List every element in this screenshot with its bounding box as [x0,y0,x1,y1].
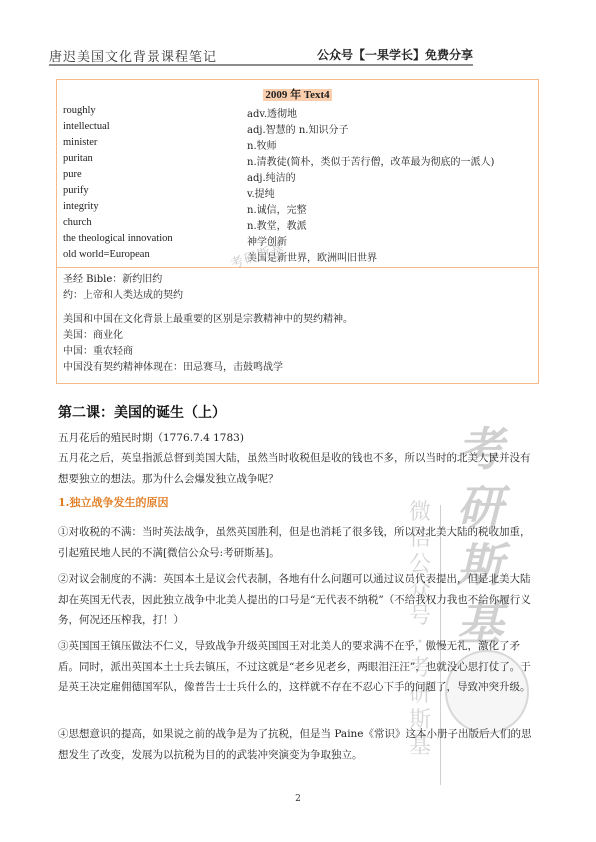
vocab-word: minister [63,137,97,148]
point-paragraph: ④思想意识的提高，如果说之前的战争是为了抗税，但是当 Paine《常识》这本小册… [58,724,540,765]
section-title: 1.独立战争发生的原因 [58,494,168,510]
vocab-definition: n.教堂，教派 [247,217,307,232]
vocab-row: puritann.清教徒(简朴，类似于苦行僧，改革最为彻底的一派人) [63,152,533,168]
page-header: 唐迟美国文化背景课程笔记 公众号【一果学长】免费分享 [49,40,473,66]
vocab-definition: adv.透彻地 [247,105,297,120]
lesson-title: 第二课：美国的诞生（上） [58,402,226,422]
vocab-word: pure [63,169,82,180]
vocab-word: puritan [63,153,93,164]
vocab-row: integrityn.诚信，完整 [63,200,533,216]
vocab-definition: v.提纯 [247,185,275,200]
note-line: 约：上帝和人类达成的契约 [63,288,533,304]
intro-line: 五月花后的殖民时期（1776.7.4 1783) [58,428,540,449]
vocab-word: purify [63,185,89,196]
vocab-definition: n.诚信，完整 [247,201,307,216]
note-line: 圣经 Bible：新约旧约 [63,272,533,288]
page-number: 2 [0,794,596,804]
point-paragraph: ③英国国王镇压做法不仁义，导致战争升级英国国王对北美人的要求满不在乎，傲慢无礼，… [58,636,540,698]
vocab-word: the theological innovation [63,233,173,244]
point-paragraph: ②对议会制度的不满：英国本土是议会代表制，各地有什么问题可以通过议员代表提出，但… [58,569,540,631]
vocab-definition: n.清教徒(简朴，类似于苦行僧，改革最为彻底的一派人) [247,153,494,168]
vocabulary-box: 2009 年 Text4 roughlyadv.透彻地 intellectual… [56,79,539,384]
divider [57,267,538,268]
vocab-word: church [63,217,92,228]
vocab-word: intellectual [63,121,110,132]
vocab-row: churchn.教堂，教派 [63,216,533,232]
point-paragraph: ①对收税的不满：当时英法战争，虽然英国胜利，但是也消耗了很多钱，所以对北美大陆的… [58,522,540,563]
vocab-row: intellectualadj.智慧的 n.知识分子 [63,120,533,136]
intro-paragraph: 五月花之后，英皇指派总督到美国大陆，虽然当时收税但是收的钱也不多，所以当时的北美… [58,448,540,489]
vocab-definition: n.牧师 [247,137,277,152]
vocab-word: integrity [63,201,99,212]
document-title: 唐迟美国文化背景课程笔记 [49,46,217,65]
note-line: 中国：重农轻商 [63,344,533,360]
note-line: 美国和中国在文化背景上最重要的区别是宗教精神中的契约精神。 [63,312,533,328]
share-note: 公众号【一果学长】免费分享 [317,46,473,63]
notes-block: 圣经 Bible：新约旧约 约：上帝和人类达成的契约 美国和中国在文化背景上最重… [63,272,533,376]
vocab-word: roughly [63,105,96,116]
vocabulary-table: roughlyadv.透彻地 intellectualadj.智慧的 n.知识分… [63,104,533,264]
vocab-row: old world=European美国是新世界，欧洲叫旧世界 [63,248,533,264]
note-line: 美国：商业化 [63,328,533,344]
vocab-row: the theological innovation神学创新 [63,232,533,248]
vocab-row: purifyv.提纯 [63,184,533,200]
vocab-word: old world=European [63,249,150,260]
note-line: 中国没有契约精神体现在：田忌赛马，击鼓鸣战学 [63,360,533,376]
vocab-definition: adj.纯洁的 [247,169,296,184]
vocab-definition: adj.智慧的 n.知识分子 [247,121,348,136]
vocabulary-title: 2009 年 Text4 [57,86,538,102]
vocab-row: roughlyadv.透彻地 [63,104,533,120]
vocab-row: ministern.牧师 [63,136,533,152]
vocab-row: pureadj.纯洁的 [63,168,533,184]
